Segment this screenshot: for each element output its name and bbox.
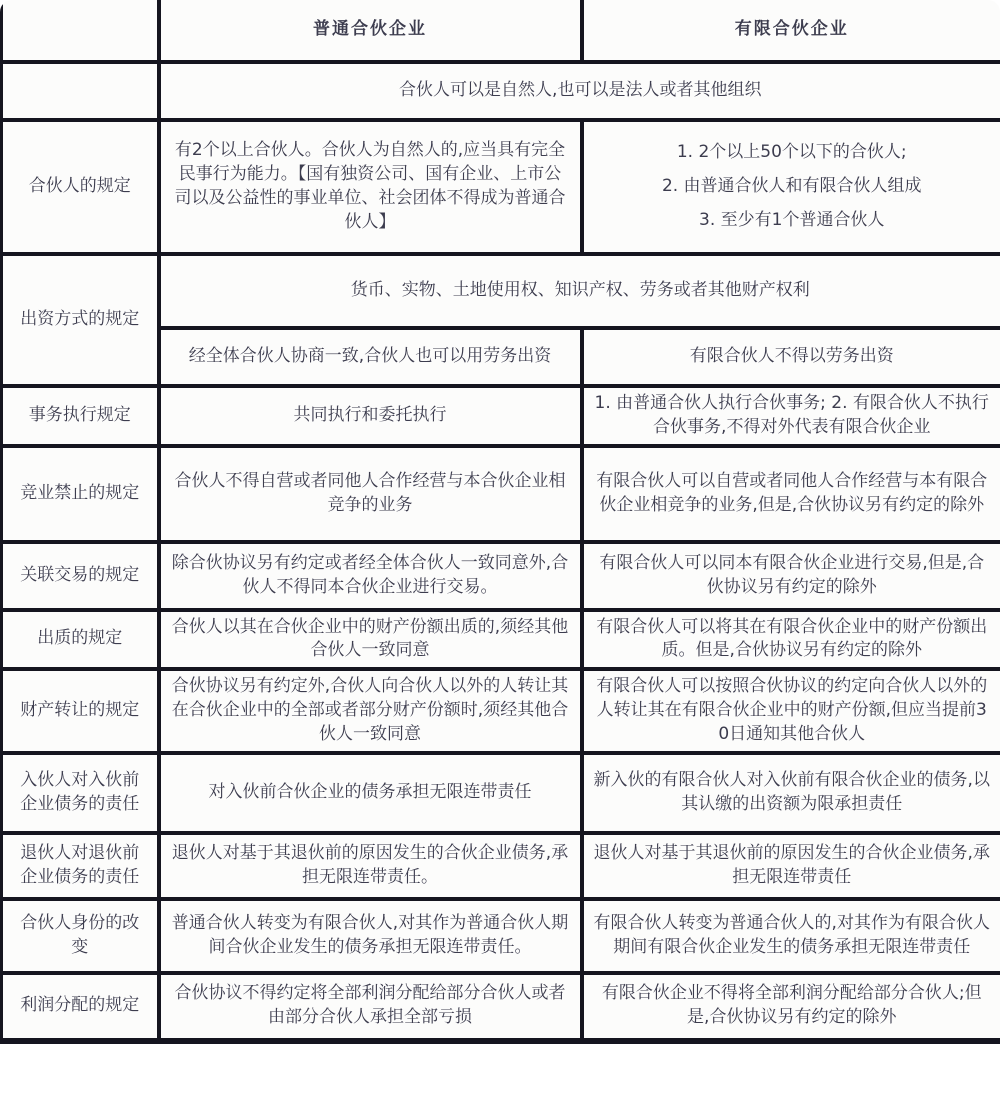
incoming-partner-liability-label: 入伙人对入伙前企业债务的责任	[2, 753, 159, 833]
property-transfer-general-cell: 合伙协议另有约定外,合伙人向合伙人以外的人转让其在合伙企业中的全部或者部分财产份…	[159, 669, 582, 752]
related-transaction-label: 关联交易的规定	[2, 542, 159, 610]
partner-nature-label	[2, 62, 159, 120]
withdrawing-partner-liability-limited-cell: 退伙人对基于其退伙前的原因发生的合伙企业债务,承担无限连带责任	[582, 833, 1000, 899]
header-row: 普通合伙企业 有限合伙企业	[2, 0, 1000, 62]
partner-nature-common-cell: 合伙人可以是自然人,也可以是法人或者其他组织	[159, 62, 1000, 120]
non-compete-limited-cell: 有限合伙人可以自营或者同他人合作经营与本有限合伙企业相竞争的业务,但是,合伙协议…	[582, 446, 1000, 542]
limited-list-item-2: 2. 由普通合伙人和有限合伙人组成	[594, 175, 991, 199]
row-partner-nature: 合伙人可以是自然人,也可以是法人或者其他组织	[2, 62, 1000, 120]
row-pledge: 出质的规定 合伙人以其在合伙企业中的财产份额出质的,须经其他合伙人一致同意 有限…	[2, 610, 1000, 670]
header-limited-partnership: 有限合伙企业	[582, 0, 1000, 62]
contribution-common-cell: 货币、实物、土地使用权、知识产权、劳务或者其他财产权利	[159, 254, 1000, 328]
comparison-table-sheet: 普通合伙企业 有限合伙企业 合伙人可以是自然人,也可以是法人或者其他组织 合伙人…	[0, 0, 1000, 1096]
partner-rule-general-cell: 有2个以上合伙人。合伙人为自然人的,应当具有完全民事行为能力。【国有独资公司、国…	[159, 120, 582, 254]
row-identity-change: 合伙人身份的改变 普通合伙人转变为有限合伙人,对其作为普通合伙人期间合伙企业发生…	[2, 899, 1000, 973]
row-partner-rule: 合伙人的规定 有2个以上合伙人。合伙人为自然人的,应当具有完全民事行为能力。【国…	[2, 120, 1000, 254]
property-transfer-label: 财产转让的规定	[2, 669, 159, 752]
partnership-comparison-table: 普通合伙企业 有限合伙企业 合伙人可以是自然人,也可以是法人或者其他组织 合伙人…	[0, 0, 1000, 1044]
execution-general-cell: 共同执行和委托执行	[159, 386, 582, 446]
row-property-transfer: 财产转让的规定 合伙协议另有约定外,合伙人向合伙人以外的人转让其在合伙企业中的全…	[2, 669, 1000, 752]
profit-distribution-general-cell: 合伙协议不得约定将全部利润分配给部分合伙人或者由部分合伙人承担全部亏损	[159, 973, 582, 1041]
contribution-limited-cell: 有限合伙人不得以劳务出资	[582, 328, 1000, 386]
identity-change-general-cell: 普通合伙人转变为有限合伙人,对其作为普通合伙人期间合伙企业发生的债务承担无限连带…	[159, 899, 582, 973]
row-profit-distribution: 利润分配的规定 合伙协议不得约定将全部利润分配给部分合伙人或者由部分合伙人承担全…	[2, 973, 1000, 1041]
pledge-general-cell: 合伙人以其在合伙企业中的财产份额出质的,须经其他合伙人一致同意	[159, 610, 582, 670]
related-transaction-limited-cell: 有限合伙人可以同本有限合伙企业进行交易,但是,合伙协议另有约定的除外	[582, 542, 1000, 610]
pledge-limited-cell: 有限合伙人可以将其在有限合伙企业中的财产份额出质。但是,合伙协议另有约定的除外	[582, 610, 1000, 670]
withdrawing-partner-liability-label: 退伙人对退伙前企业债务的责任	[2, 833, 159, 899]
property-transfer-limited-cell: 有限合伙人可以按照合伙协议的约定向合伙人以外的人转让其在有限合伙企业中的财产份额…	[582, 669, 1000, 752]
row-contribution-common: 出资方式的规定 货币、实物、土地使用权、知识产权、劳务或者其他财产权利	[2, 254, 1000, 328]
incoming-partner-liability-limited-cell: 新入伙的有限合伙人对入伙前有限合伙企业的债务,以其认缴的出资额为限承担责任	[582, 753, 1000, 833]
incoming-partner-liability-general-cell: 对入伙前合伙企业的债务承担无限连带责任	[159, 753, 582, 833]
limited-list-item-3: 3. 至少有1个普通合伙人	[594, 209, 991, 233]
identity-change-label: 合伙人身份的改变	[2, 899, 159, 973]
pledge-label: 出质的规定	[2, 610, 159, 670]
partner-rule-limited-list: 1. 2个以上50个以下的合伙人; 2. 由普通合伙人和有限合伙人组成 3. 至…	[594, 141, 991, 232]
row-execution: 事务执行规定 共同执行和委托执行 1. 由普通合伙人执行合伙事务; 2. 有限合…	[2, 386, 1000, 446]
execution-label: 事务执行规定	[2, 386, 159, 446]
contribution-label: 出资方式的规定	[2, 254, 159, 386]
row-non-compete: 竞业禁止的规定 合伙人不得自营或者同他人合作经营与本合伙企业相竞争的业务 有限合…	[2, 446, 1000, 542]
row-withdrawing-partner-liability: 退伙人对退伙前企业债务的责任 退伙人对基于其退伙前的原因发生的合伙企业债务,承担…	[2, 833, 1000, 899]
row-related-transaction: 关联交易的规定 除合伙协议另有约定或者经全体合伙人一致同意外,合伙人不得同本合伙…	[2, 542, 1000, 610]
identity-change-limited-cell: 有限合伙人转变为普通合伙人的,对其作为有限合伙人期间有限合伙企业发生的债务承担无…	[582, 899, 1000, 973]
limited-list-item-1: 1. 2个以上50个以下的合伙人;	[594, 141, 991, 165]
non-compete-general-cell: 合伙人不得自营或者同他人合作经营与本合伙企业相竞争的业务	[159, 446, 582, 542]
header-corner-cell	[2, 0, 159, 62]
row-incoming-partner-liability: 入伙人对入伙前企业债务的责任 对入伙前合伙企业的债务承担无限连带责任 新入伙的有…	[2, 753, 1000, 833]
withdrawing-partner-liability-general-cell: 退伙人对基于其退伙前的原因发生的合伙企业债务,承担无限连带责任。	[159, 833, 582, 899]
related-transaction-general-cell: 除合伙协议另有约定或者经全体合伙人一致同意外,合伙人不得同本合伙企业进行交易。	[159, 542, 582, 610]
partner-rule-label: 合伙人的规定	[2, 120, 159, 254]
execution-limited-cell: 1. 由普通合伙人执行合伙事务; 2. 有限合伙人不执行合伙事务,不得对外代表有…	[582, 386, 1000, 446]
header-general-partnership: 普通合伙企业	[159, 0, 582, 62]
profit-distribution-limited-cell: 有限合伙企业不得将全部利润分配给部分合伙人;但是,合伙协议另有约定的除外	[582, 973, 1000, 1041]
contribution-general-cell: 经全体合伙人协商一致,合伙人也可以用劳务出资	[159, 328, 582, 386]
profit-distribution-label: 利润分配的规定	[2, 973, 159, 1041]
partner-rule-limited-cell: 1. 2个以上50个以下的合伙人; 2. 由普通合伙人和有限合伙人组成 3. 至…	[582, 120, 1000, 254]
non-compete-label: 竞业禁止的规定	[2, 446, 159, 542]
